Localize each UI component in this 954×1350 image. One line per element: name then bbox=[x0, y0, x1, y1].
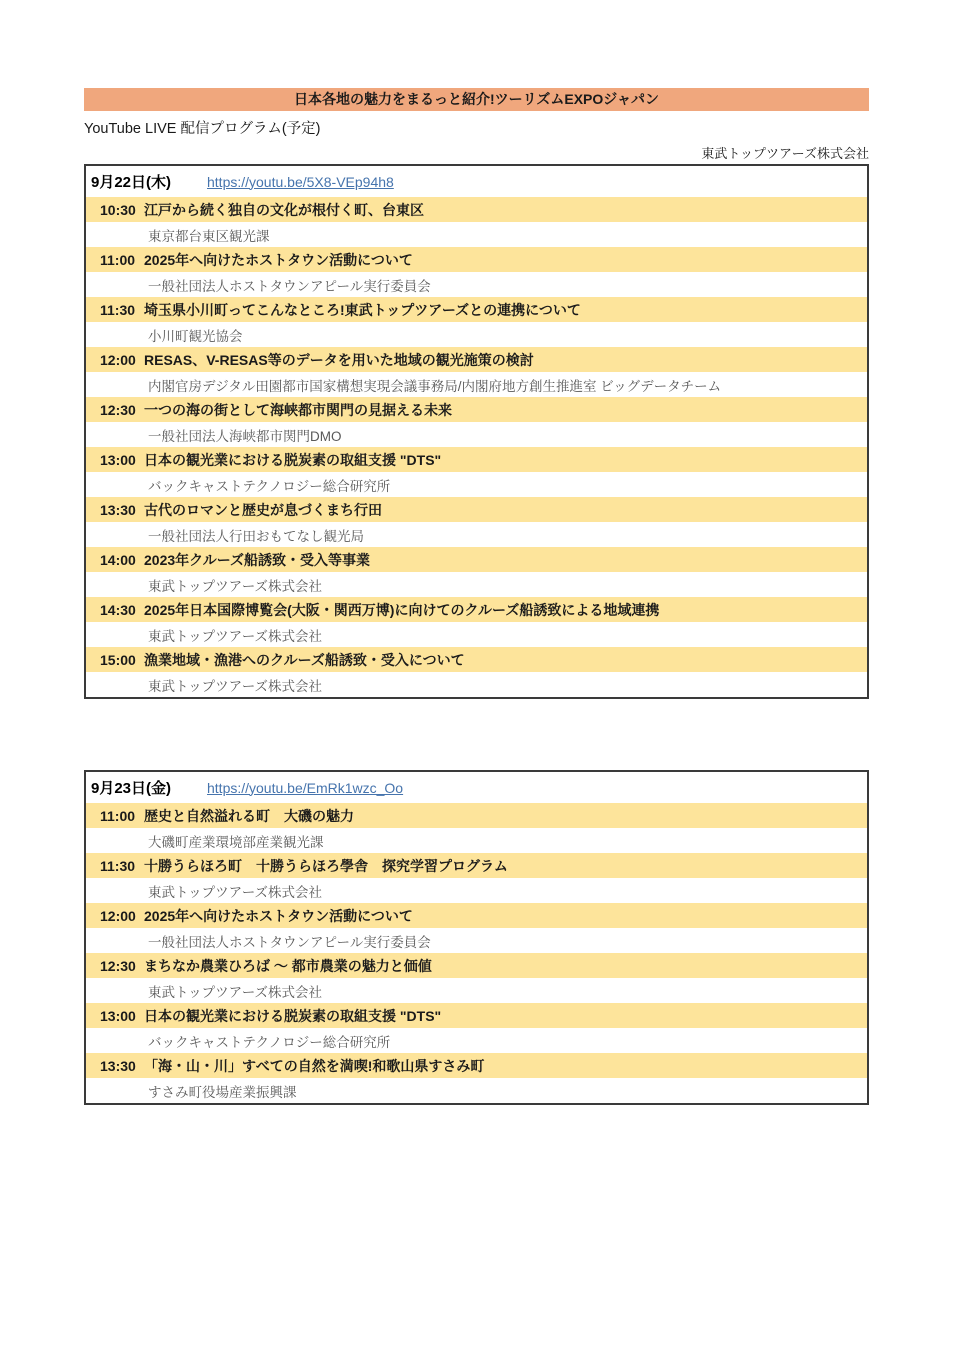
session-time: 12:00 bbox=[100, 352, 144, 368]
session-time: 10:30 bbox=[100, 202, 144, 218]
session-title: 2023年クルーズ船誘致・受入等事業 bbox=[144, 550, 370, 570]
session-title-row: 13:00 日本の観光業における脱炭素の取組支援 "DTS" bbox=[86, 1003, 867, 1028]
session-title: 2025年へ向けたホストタウン活動について bbox=[144, 250, 413, 270]
schedule-table: 9月23日(金) https://youtu.be/EmRk1wzc_Oo 11… bbox=[84, 770, 869, 1105]
session-title: まちなか農業ひろば 〜 都市農業の魅力と価値 bbox=[144, 956, 432, 976]
session-organizer: 東武トップツアーズ株式会社 bbox=[148, 625, 322, 645]
session-title: 2025年日本国際博覧会(大阪・関西万博)に向けてのクルーズ船誘致による地域連携 bbox=[144, 600, 659, 620]
session-organizer: 一般社団法人海峡都市関門DMO bbox=[148, 425, 342, 445]
session-title-row: 12:30 まちなか農業ひろば 〜 都市農業の魅力と価値 bbox=[86, 953, 867, 978]
schedule-date: 9月22日(木) bbox=[91, 171, 207, 192]
session-rows: 11:00 歴史と自然溢れる町 大磯の魅力 大磯町産業環境部産業観光課 11:3… bbox=[86, 803, 867, 1103]
session-organizer-row: 東武トップツアーズ株式会社 bbox=[86, 978, 867, 1003]
session-organizer-row: 一般社団法人海峡都市関門DMO bbox=[86, 422, 867, 447]
session-title: 漁業地域・漁港へのクルーズ船誘致・受入について bbox=[144, 650, 465, 670]
session-time: 12:00 bbox=[100, 908, 144, 924]
session-organizer: 一般社団法人ホストタウンアピール実行委員会 bbox=[148, 931, 431, 951]
session-organizer: 東武トップツアーズ株式会社 bbox=[148, 881, 322, 901]
session-time: 13:00 bbox=[100, 1008, 144, 1024]
session-organizer: バックキャストテクノロジー総合研究所 bbox=[148, 1031, 390, 1051]
session-organizer-row: 一般社団法人ホストタウンアピール実行委員会 bbox=[86, 272, 867, 297]
session-time: 11:00 bbox=[100, 252, 144, 268]
session-title: 2025年へ向けたホストタウン活動について bbox=[144, 906, 413, 926]
session-time: 11:30 bbox=[100, 858, 144, 874]
session-rows: 10:30 江戸から続く独自の文化が根付く町、台東区 東京都台東区観光課 11:… bbox=[86, 197, 867, 697]
session-title-row: 13:30 「海・山・川」すべての自然を満喫!和歌山県すさみ町 bbox=[86, 1053, 867, 1078]
session-time: 13:00 bbox=[100, 452, 144, 468]
youtube-live-link[interactable]: https://youtu.be/EmRk1wzc_Oo bbox=[207, 780, 403, 796]
program-subtitle: YouTube LIVE 配信プログラム(予定) bbox=[84, 117, 869, 138]
session-title-row: 15:00 漁業地域・漁港へのクルーズ船誘致・受入について bbox=[86, 647, 867, 672]
session-organizer-row: 一般社団法人ホストタウンアピール実行委員会 bbox=[86, 928, 867, 953]
session-organizer-row: 東武トップツアーズ株式会社 bbox=[86, 878, 867, 903]
banner-title: 日本各地の魅力をまるっと紹介!ツーリズムEXPOジャパン bbox=[84, 88, 869, 111]
session-title-row: 12:00 RESAS、V-RESAS等のデータを用いた地域の観光施策の検討 bbox=[86, 347, 867, 372]
session-organizer: 内閣官房デジタル田園都市国家構想実現会議事務局/内閣府地方創生推進室 ビッグデー… bbox=[148, 375, 721, 395]
schedule-header-row: 9月22日(木) https://youtu.be/5X8-VEp94h8 bbox=[86, 166, 867, 197]
session-organizer-row: バックキャストテクノロジー総合研究所 bbox=[86, 1028, 867, 1053]
session-organizer-row: バックキャストテクノロジー総合研究所 bbox=[86, 472, 867, 497]
schedule-tables: 9月22日(木) https://youtu.be/5X8-VEp94h8 10… bbox=[84, 164, 869, 1105]
session-time: 12:30 bbox=[100, 958, 144, 974]
session-title-row: 13:00 日本の観光業における脱炭素の取組支援 "DTS" bbox=[86, 447, 867, 472]
schedule-table: 9月22日(木) https://youtu.be/5X8-VEp94h8 10… bbox=[84, 164, 869, 699]
session-organizer-row: 内閣官房デジタル田園都市国家構想実現会議事務局/内閣府地方創生推進室 ビッグデー… bbox=[86, 372, 867, 397]
session-title: 古代のロマンと歴史が息づくまち行田 bbox=[144, 500, 382, 520]
session-organizer-row: 東京都台東区観光課 bbox=[86, 222, 867, 247]
session-title-row: 14:00 2023年クルーズ船誘致・受入等事業 bbox=[86, 547, 867, 572]
session-title-row: 14:30 2025年日本国際博覧会(大阪・関西万博)に向けてのクルーズ船誘致に… bbox=[86, 597, 867, 622]
session-organizer-row: 東武トップツアーズ株式会社 bbox=[86, 572, 867, 597]
session-organizer: すさみ町役場産業振興課 bbox=[148, 1081, 297, 1101]
session-organizer-row: 大磯町産業環境部産業観光課 bbox=[86, 828, 867, 853]
session-organizer: 一般社団法人行田おもてなし観光局 bbox=[148, 525, 364, 545]
youtube-live-link[interactable]: https://youtu.be/5X8-VEp94h8 bbox=[207, 174, 394, 190]
session-organizer: バックキャストテクノロジー総合研究所 bbox=[148, 475, 390, 495]
session-title-row: 11:30 埼玉県小川町ってこんなところ!東武トップツアーズとの連携について bbox=[86, 297, 867, 322]
session-organizer: 東武トップツアーズ株式会社 bbox=[148, 675, 322, 695]
session-time: 14:30 bbox=[100, 602, 144, 618]
session-title: 歴史と自然溢れる町 大磯の魅力 bbox=[144, 806, 354, 826]
session-organizer-row: 一般社団法人行田おもてなし観光局 bbox=[86, 522, 867, 547]
session-time: 13:30 bbox=[100, 502, 144, 518]
session-title: 「海・山・川」すべての自然を満喫!和歌山県すさみ町 bbox=[144, 1056, 484, 1076]
session-title: 埼玉県小川町ってこんなところ!東武トップツアーズとの連携について bbox=[144, 300, 581, 320]
session-organizer: 一般社団法人ホストタウンアピール実行委員会 bbox=[148, 275, 431, 295]
session-title-row: 12:30 一つの海の街として海峡都市関門の見据える未来 bbox=[86, 397, 867, 422]
session-title: RESAS、V-RESAS等のデータを用いた地域の観光施策の検討 bbox=[144, 350, 534, 370]
session-organizer-row: 東武トップツアーズ株式会社 bbox=[86, 622, 867, 647]
schedule-header-row: 9月23日(金) https://youtu.be/EmRk1wzc_Oo bbox=[86, 772, 867, 803]
session-time: 12:30 bbox=[100, 402, 144, 418]
session-organizer: 東武トップツアーズ株式会社 bbox=[148, 575, 322, 595]
session-title: 日本の観光業における脱炭素の取組支援 "DTS" bbox=[144, 450, 441, 470]
session-organizer: 大磯町産業環境部産業観光課 bbox=[148, 831, 324, 851]
session-title-row: 11:30 十勝うらほろ町 十勝うらほろ學舎 探究学習プログラム bbox=[86, 853, 867, 878]
session-time: 13:30 bbox=[100, 1058, 144, 1074]
session-title-row: 11:00 2025年へ向けたホストタウン活動について bbox=[86, 247, 867, 272]
session-title-row: 12:00 2025年へ向けたホストタウン活動について bbox=[86, 903, 867, 928]
session-time: 11:00 bbox=[100, 808, 144, 824]
session-title: 一つの海の街として海峡都市関門の見据える未来 bbox=[144, 400, 452, 420]
session-title-row: 13:30 古代のロマンと歴史が息づくまち行田 bbox=[86, 497, 867, 522]
session-title: 日本の観光業における脱炭素の取組支援 "DTS" bbox=[144, 1006, 441, 1026]
session-organizer-row: すさみ町役場産業振興課 bbox=[86, 1078, 867, 1103]
session-organizer: 東武トップツアーズ株式会社 bbox=[148, 981, 322, 1001]
schedule-date: 9月23日(金) bbox=[91, 777, 207, 798]
session-title: 江戸から続く独自の文化が根付く町、台東区 bbox=[144, 200, 424, 220]
session-organizer-row: 小川町観光協会 bbox=[86, 322, 867, 347]
company-name: 東武トップツアーズ株式会社 bbox=[84, 143, 869, 162]
session-organizer-row: 東武トップツアーズ株式会社 bbox=[86, 672, 867, 697]
program-page: 日本各地の魅力をまるっと紹介!ツーリズムEXPOジャパン YouTube LIV… bbox=[84, 88, 869, 1176]
session-time: 15:00 bbox=[100, 652, 144, 668]
session-time: 14:00 bbox=[100, 552, 144, 568]
session-title-row: 11:00 歴史と自然溢れる町 大磯の魅力 bbox=[86, 803, 867, 828]
session-time: 11:30 bbox=[100, 302, 144, 318]
session-title: 十勝うらほろ町 十勝うらほろ學舎 探究学習プログラム bbox=[144, 856, 508, 876]
session-organizer: 小川町観光協会 bbox=[148, 325, 243, 345]
session-title-row: 10:30 江戸から続く独自の文化が根付く町、台東区 bbox=[86, 197, 867, 222]
session-organizer: 東京都台東区観光課 bbox=[148, 225, 270, 245]
